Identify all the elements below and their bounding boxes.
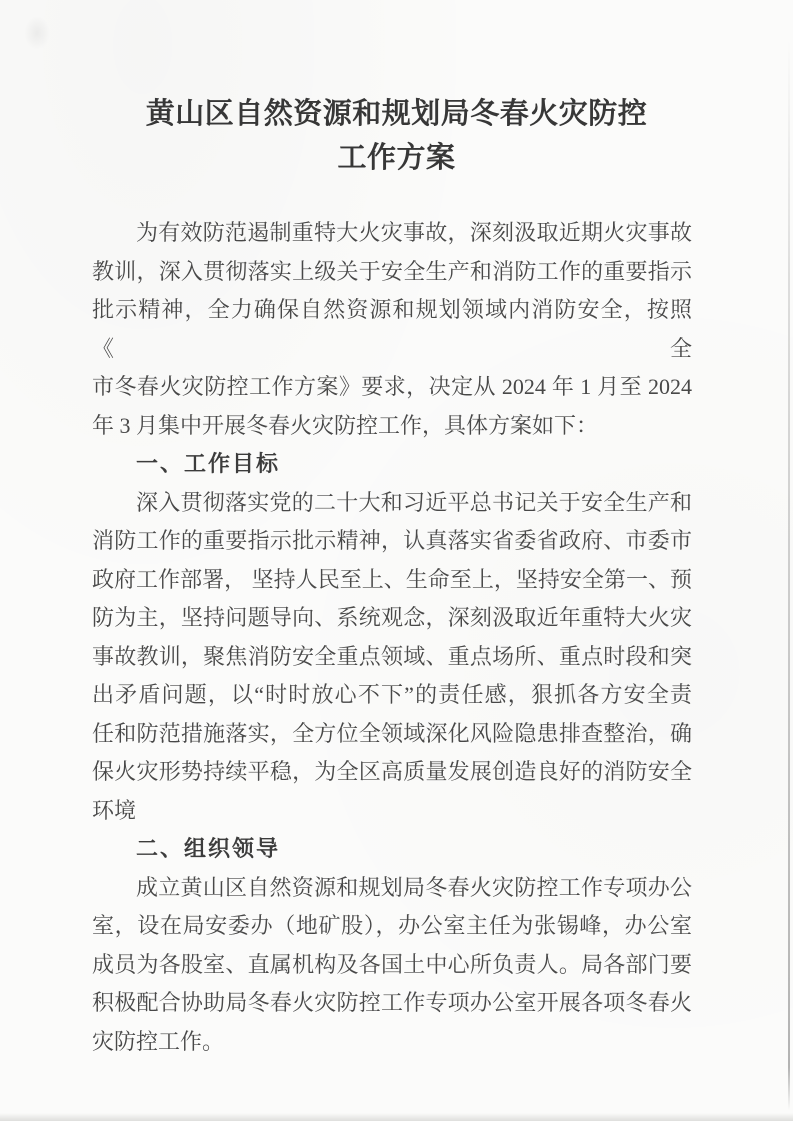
paragraph-line: 为有效防范遏制重特大火灾事故，深刻汲取近期火灾事故 [92, 214, 692, 253]
paragraph-line: 教训，深入贯彻落实上级关于安全生产和消防工作的重要指示 [92, 253, 692, 292]
document-body: 为有效防范遏制重特大火灾事故，深刻汲取近期火灾事故教训，深入贯彻落实上级关于安全… [92, 214, 692, 1061]
paragraph-line: 室，设在局安委办（地矿股），办公室主任为张锡峰，办公室 [92, 907, 692, 946]
paragraph-line: 消防工作的重要指示批示精神，认真落实省委省政府、市委市 [92, 522, 692, 561]
scan-speck [24, 16, 50, 50]
paragraph-line: 成员为各股室、直属机构及各国土中心所负责人。局各部门要 [92, 946, 692, 985]
paragraph-line: 事故教训，聚焦消防安全重点领域、重点场所、重点时段和突 [92, 638, 692, 677]
paragraph-line: 成立黄山区自然资源和规划局冬春火灾防控工作专项办公 [92, 869, 692, 908]
document-title-line-2: 工作方案 [0, 136, 793, 180]
paragraph-line: 出矛盾问题，以“时时放心不下”的责任感，狠抓各方安全责 [92, 676, 692, 715]
paragraph-line: 积极配合协助局冬春火灾防控工作专项办公室开展各项冬春火 [92, 984, 692, 1023]
scan-edge-right [788, 40, 790, 1110]
paragraph-line: 防为主，坚持问题导向、系统观念，深刻汲取近年重特大火灾 [92, 599, 692, 638]
paragraph-line: 年 3 月集中开展冬春火灾防控工作，具体方案如下： [92, 407, 692, 446]
document-page: 黄山区自然资源和规划局冬春火灾防控 工作方案 为有效防范遏制重特大火灾事故，深刻… [0, 0, 793, 1121]
document-title-line-1: 黄山区自然资源和规划局冬春火灾防控 [0, 92, 793, 136]
paragraph-line: 环境 [92, 792, 692, 831]
section-heading: 二、组织领导 [92, 830, 692, 869]
paragraph-line: 深入贯彻落实党的二十大和习近平总书记关于安全生产和 [92, 484, 692, 523]
paragraph-line: 任和防范措施落实，全方位全领域深化风险隐患排查整治，确 [92, 715, 692, 754]
paragraph-line: 保火灾形势持续平稳，为全区高质量发展创造良好的消防安全 [92, 753, 692, 792]
scan-edge-bottom [0, 1113, 793, 1121]
paragraph-line: 批示精神，全力确保自然资源和规划领域内消防安全，按照《全 [92, 291, 692, 368]
document-title: 黄山区自然资源和规划局冬春火灾防控 工作方案 [0, 0, 793, 180]
section-heading: 一、工作目标 [92, 445, 692, 484]
paragraph-line: 市冬春火灾防控工作方案》要求，决定从 2024 年 1 月至 2024 [92, 368, 692, 407]
paragraph-line: 政府工作部署， 坚持人民至上、生命至上，坚持安全第一、预 [92, 561, 692, 600]
paragraph-line: 灾防控工作。 [92, 1023, 692, 1062]
